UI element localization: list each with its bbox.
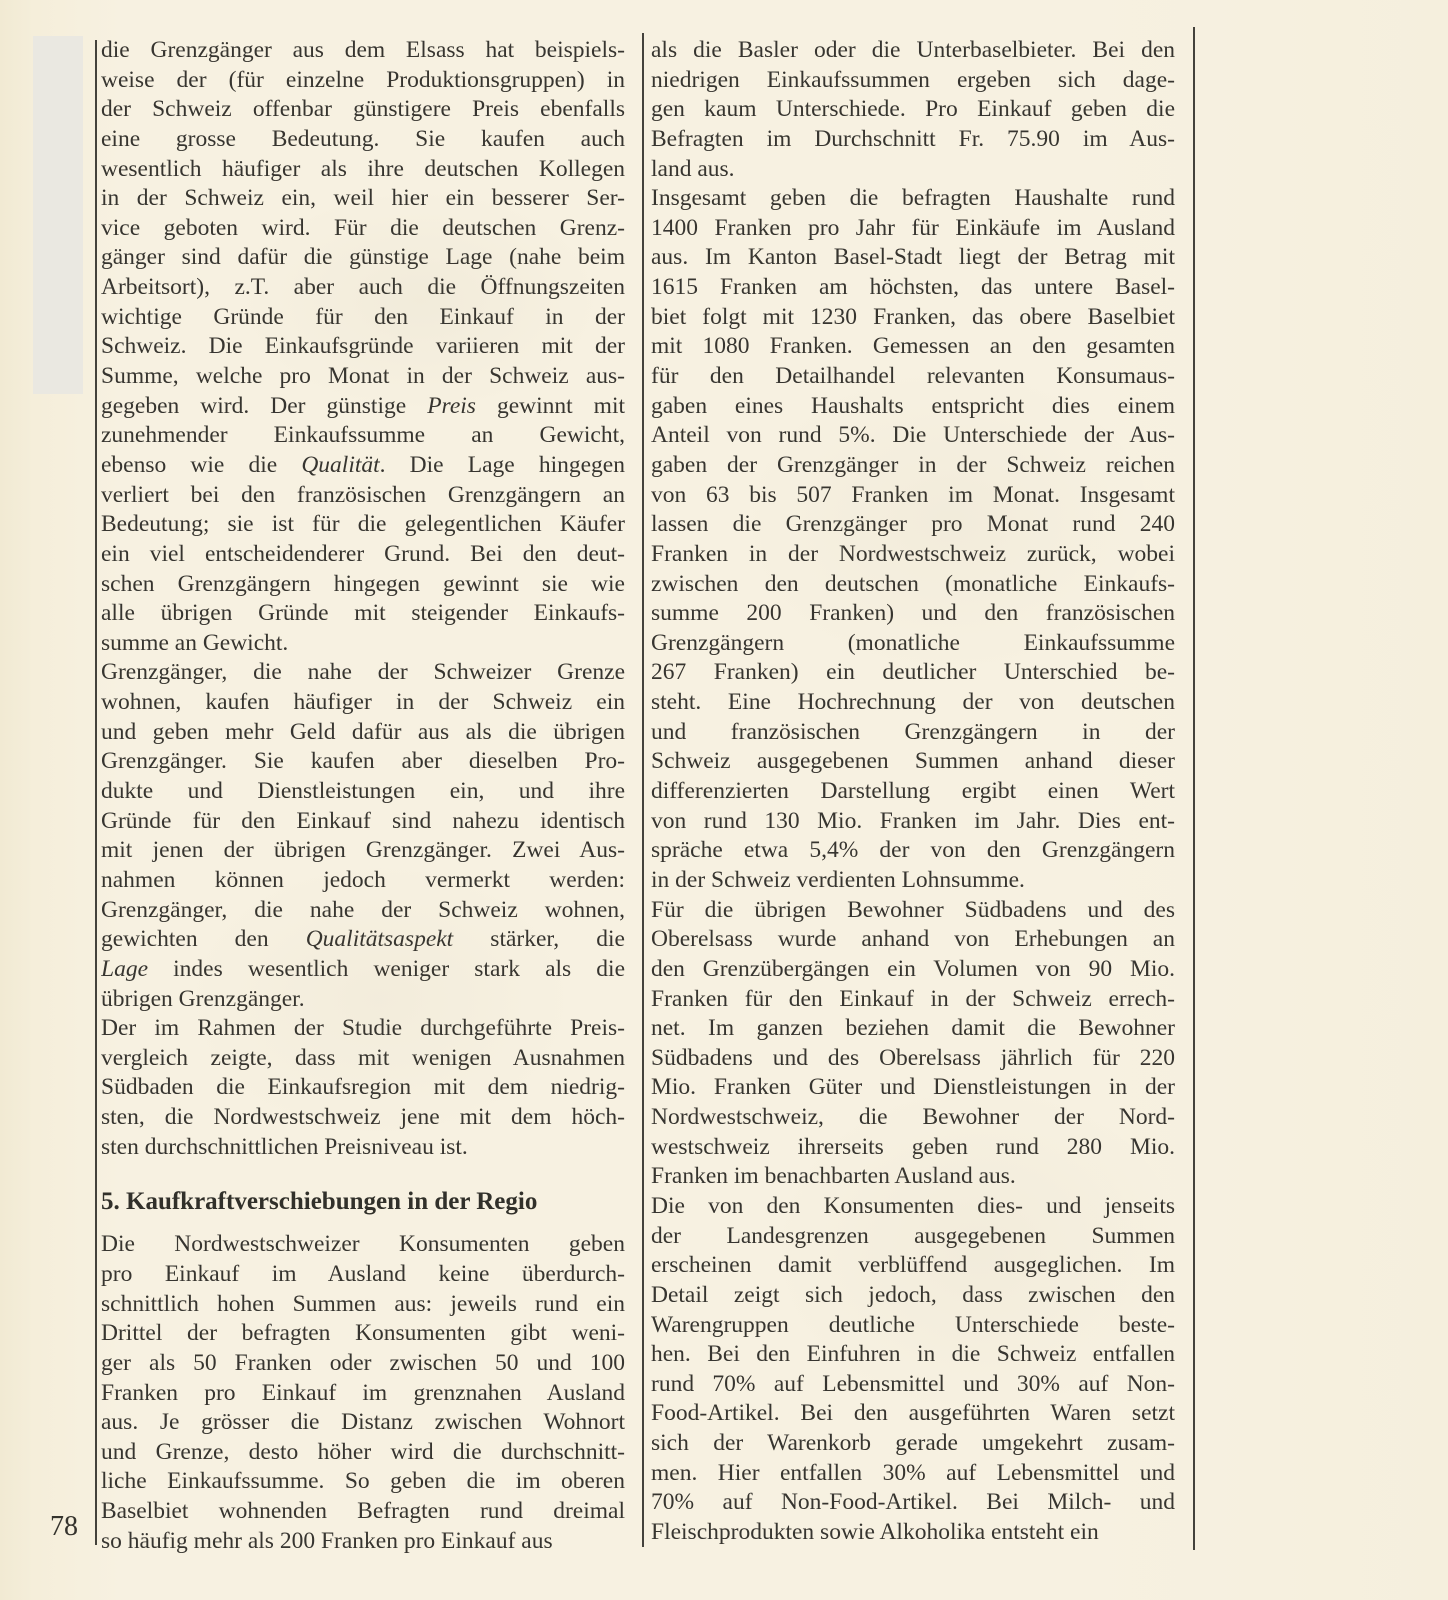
paragraph: Grenzgänger, die nahe der Schweizer Gren… [101, 658, 625, 1014]
text-line: Die von den Konsumenten dies- und jensei… [651, 1192, 1175, 1222]
text-line: ebenso wie die Qualität. Die Lage hingeg… [101, 451, 625, 481]
text-line: sten, die Nordwestschweiz jene mit dem h… [101, 1103, 625, 1133]
text-line: der Schweiz offenbar günstigere Preis eb… [101, 95, 625, 125]
text-line: Franken im benachbarten Ausland aus. [651, 1162, 1175, 1192]
text-line: Schweiz ausgegebenen Summen anhand diese… [651, 747, 1175, 777]
text-line: gen kaum Unterschiede. Pro Einkauf geben… [651, 95, 1175, 125]
text-line: und französischen Grenzgängern in der [651, 718, 1175, 748]
text-line: aus. Im Kanton Basel-Stadt liegt der Bet… [651, 243, 1175, 273]
paragraph: die Grenzgänger aus dem Elsass hat beisp… [101, 36, 625, 658]
text-line: als die Basler oder die Unterbaselbieter… [651, 36, 1175, 66]
text-line: und Grenze, desto höher wird die durchsc… [101, 1438, 625, 1468]
text-line: die Grenzgänger aus dem Elsass hat beisp… [101, 36, 625, 66]
text-line: Food-Artikel. Bei den ausgeführten Waren… [651, 1399, 1175, 1429]
text-line: Grenzgänger, die nahe der Schweizer Gren… [101, 658, 625, 688]
right-column-rule [1193, 27, 1195, 1550]
text-line: sten durchschnittlichen Preisniveau ist. [101, 1133, 625, 1163]
text-line: so häufig mehr als 200 Franken pro Einka… [101, 1527, 625, 1557]
text-line: men. Hier entfallen 30% auf Lebensmittel… [651, 1459, 1175, 1489]
paragraph: Die von den Konsumenten dies- und jensei… [651, 1192, 1175, 1548]
paragraph: als die Basler oder die Unterbaselbieter… [651, 36, 1175, 184]
text-line: für den Detailhandel relevanten Konsumau… [651, 362, 1175, 392]
text-line: wohnen, kaufen häufiger in der Schweiz e… [101, 688, 625, 718]
text-line: erscheinen damit verblüffend ausgegliche… [651, 1251, 1175, 1281]
text-line: Drittel der befragten Konsumenten gibt w… [101, 1319, 625, 1349]
text-line: Gründe für den Einkauf sind nahezu ident… [101, 807, 625, 837]
paragraph: Die Nordwestschweizer Konsumenten gebenp… [101, 1230, 625, 1556]
text-line: zwischen den deutschen (monatliche Einka… [651, 570, 1175, 600]
text-line: verliert bei den französischen Grenzgäng… [101, 481, 625, 511]
text-line: eine grosse Bedeutung. Sie kaufen auch [101, 125, 625, 155]
text-line: wesentlich häufiger als ihre deutschen K… [101, 155, 625, 185]
scanned-document-page: 78 die Grenzgänger aus dem Elsass hat be… [0, 0, 1448, 1600]
left-column-rule [95, 40, 97, 1545]
text-line: Warengruppen deutliche Unterschiede best… [651, 1311, 1175, 1341]
text-line: ger als 50 Franken oder zwischen 50 und … [101, 1349, 625, 1379]
text-line: Südbadens und des Oberelsass jährlich fü… [651, 1044, 1175, 1074]
text-line: nahmen können jedoch vermerkt werden: [101, 866, 625, 896]
text-line: Franken pro Einkauf im grenznahen Auslan… [101, 1379, 625, 1409]
text-line: zunehmender Einkaufssumme an Gewicht, [101, 421, 625, 451]
page-number: 78 [50, 1510, 78, 1544]
text-line: spräche etwa 5,4% der von den Grenzgänge… [651, 836, 1175, 866]
text-line: differenzierten Darstellung ergibt einen… [651, 777, 1175, 807]
text-line: Anteil von rund 5%. Die Unterschiede der… [651, 421, 1175, 451]
text-line: ein viel entscheidenderer Grund. Bei den… [101, 540, 625, 570]
text-line: Mio. Franken Güter und Dienstleistungen … [651, 1073, 1175, 1103]
text-line: Bedeutung; sie ist für die gelegentliche… [101, 510, 625, 540]
paragraph: Für die übrigen Bewohner Südbadens und d… [651, 896, 1175, 1192]
text-line: gaben der Grenzgänger in der Schweiz rei… [651, 451, 1175, 481]
text-line: Der im Rahmen der Studie durchgeführte P… [101, 1014, 625, 1044]
text-line: gewichten den Qualitätsaspekt stärker, d… [101, 925, 625, 955]
text-column-right: als die Basler oder die Unterbaselbieter… [651, 36, 1175, 1548]
text-column-left: die Grenzgänger aus dem Elsass hat beisp… [101, 36, 625, 1556]
text-line: übrigen Grenzgänger. [101, 985, 625, 1015]
text-line: Die Nordwestschweizer Konsumenten geben [101, 1230, 625, 1260]
column-divider-rule [642, 33, 644, 1547]
text-line: Für die übrigen Bewohner Südbadens und d… [651, 896, 1175, 926]
text-line: Arbeitsort), z.T. aber auch die Öffnungs… [101, 273, 625, 303]
text-line: Baselbiet wohnenden Befragten rund dreim… [101, 1497, 625, 1527]
text-line: liche Einkaufssumme. So geben die im obe… [101, 1467, 625, 1497]
text-line: von rund 130 Mio. Franken im Jahr. Dies … [651, 807, 1175, 837]
paragraph: Der im Rahmen der Studie durchgeführte P… [101, 1014, 625, 1162]
text-line: aus. Je grösser die Distanz zwischen Woh… [101, 1408, 625, 1438]
text-line: net. Im ganzen beziehen damit die Bewohn… [651, 1014, 1175, 1044]
text-line: summe an Gewicht. [101, 629, 625, 659]
text-line: mit jenen der übrigen Grenzgänger. Zwei … [101, 836, 625, 866]
text-line: weise der (für einzelne Produktionsgrupp… [101, 66, 625, 96]
text-line: gegeben wird. Der günstige Preis gewinnt… [101, 392, 625, 422]
text-line: den Grenzübergängen ein Volumen von 90 M… [651, 955, 1175, 985]
text-line: gaben eines Haushalts entspricht dies ei… [651, 392, 1175, 422]
left-margin-scan-strip [33, 36, 83, 394]
text-line: hen. Bei den Einfuhren in die Schweiz en… [651, 1340, 1175, 1370]
text-line: Franken für den Einkauf in der Schweiz e… [651, 985, 1175, 1015]
text-line: Südbaden die Einkaufsregion mit dem nied… [101, 1073, 625, 1103]
text-line: sich der Warenkorb gerade umgekehrt zusa… [651, 1429, 1175, 1459]
text-line: pro Einkauf im Ausland keine überdurch- [101, 1260, 625, 1290]
text-line: Grenzgängern (monatliche Einkaufssumme [651, 629, 1175, 659]
text-line: Grenzgänger, die nahe der Schweiz wohnen… [101, 896, 625, 926]
text-line: rund 70% auf Lebensmittel und 30% auf No… [651, 1370, 1175, 1400]
text-line: summe 200 Franken) und den französischen [651, 599, 1175, 629]
text-line: land aus. [651, 155, 1175, 185]
text-line: Grenzgänger. Sie kaufen aber dieselben P… [101, 747, 625, 777]
text-line: und geben mehr Geld dafür aus als die üb… [101, 718, 625, 748]
text-line: mit 1080 Franken. Gemessen an den gesamt… [651, 332, 1175, 362]
text-line: Befragten im Durchschnitt Fr. 75.90 im A… [651, 125, 1175, 155]
text-line: wichtige Gründe für den Einkauf in der [101, 303, 625, 333]
text-line: von 63 bis 507 Franken im Monat. Insgesa… [651, 481, 1175, 511]
text-line: Franken in der Nordwestschweiz zurück, w… [651, 540, 1175, 570]
text-line: dukte und Dienstleistungen ein, und ihre [101, 777, 625, 807]
text-line: in der Schweiz ein, weil hier ein besser… [101, 184, 625, 214]
text-line: Lage indes wesentlich weniger stark als … [101, 955, 625, 985]
text-line: in der Schweiz verdienten Lohnsumme. [651, 866, 1175, 896]
text-line: schen Grenzgängern hingegen gewinnt sie … [101, 570, 625, 600]
text-line: niedrigen Einkaufssummen ergeben sich da… [651, 66, 1175, 96]
text-line: Fleischprodukten sowie Alkoholika entste… [651, 1518, 1175, 1548]
text-line: vice geboten wird. Für die deutschen Gre… [101, 214, 625, 244]
paragraph: Insgesamt geben die befragten Haushalte … [651, 184, 1175, 895]
text-line: Oberelsass wurde anhand von Erhebungen a… [651, 925, 1175, 955]
text-line: Nordwestschweiz, die Bewohner der Nord- [651, 1103, 1175, 1133]
text-line: alle übrigen Gründe mit steigender Einka… [101, 599, 625, 629]
text-line: Insgesamt geben die befragten Haushalte … [651, 184, 1175, 214]
text-line: steht. Eine Hochrechnung der von deutsch… [651, 688, 1175, 718]
text-line: Schweiz. Die Einkaufsgründe variieren mi… [101, 332, 625, 362]
section-heading: 5. Kaufkraftverschiebungen in der Regio [101, 1187, 625, 1217]
text-line: 267 Franken) ein deutlicher Unterschied … [651, 658, 1175, 688]
text-line: gänger sind dafür die günstige Lage (nah… [101, 243, 625, 273]
text-line: 70% auf Non-Food-Artikel. Bei Milch- und [651, 1488, 1175, 1518]
text-line: Detail zeigt sich jedoch, dass zwischen … [651, 1281, 1175, 1311]
text-line: Summe, welche pro Monat in der Schweiz a… [101, 362, 625, 392]
text-line: vergleich zeigte, dass mit wenigen Ausna… [101, 1044, 625, 1074]
text-line: biet folgt mit 1230 Franken, das obere B… [651, 303, 1175, 333]
text-line: westschweiz ihrerseits geben rund 280 Mi… [651, 1133, 1175, 1163]
text-line: lassen die Grenzgänger pro Monat rund 24… [651, 510, 1175, 540]
text-line: schnittlich hohen Summen aus: jeweils ru… [101, 1290, 625, 1320]
text-line: der Landesgrenzen ausgegebenen Summen [651, 1222, 1175, 1252]
text-line: 1400 Franken pro Jahr für Einkäufe im Au… [651, 214, 1175, 244]
text-line: 1615 Franken am höchsten, das untere Bas… [651, 273, 1175, 303]
